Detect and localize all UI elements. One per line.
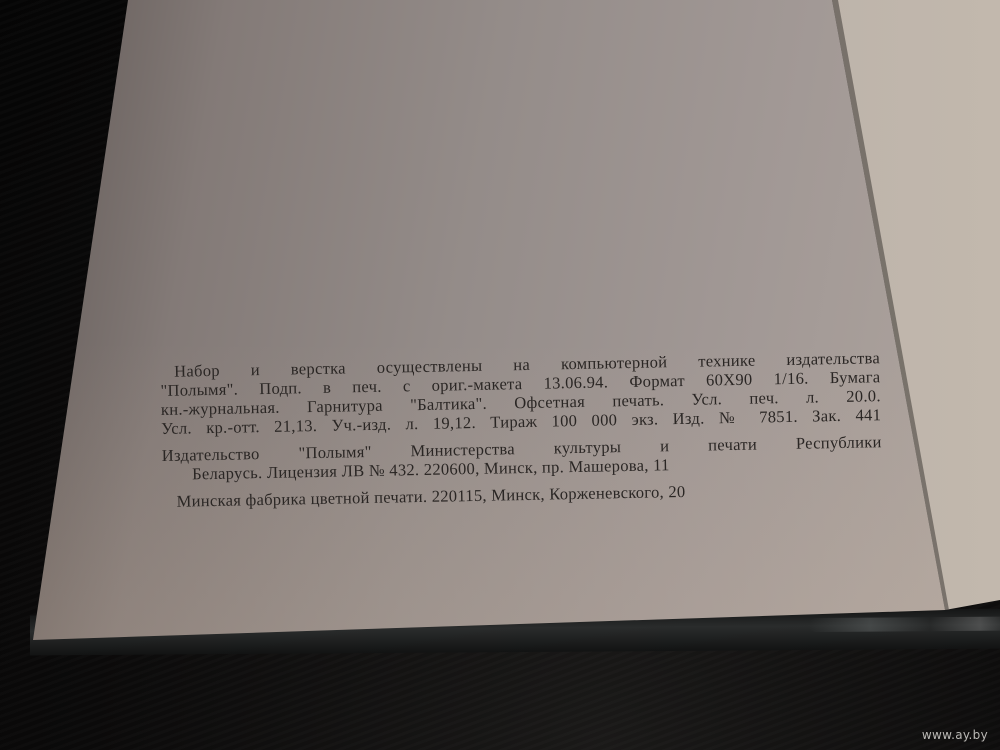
colophon-text: Набор и верстка осуществлены на компьюте… bbox=[160, 348, 883, 519]
printer-info: Минская фабрика цветной печати. 220115, … bbox=[162, 478, 882, 511]
photo-scene: Набор и верстка осуществлены на компьюте… bbox=[0, 0, 1000, 750]
publisher-info: Издательство "Полымя" Министерства культ… bbox=[162, 432, 883, 484]
watermark-text: www.ay.by bbox=[922, 728, 988, 742]
colophon-line: Минская фабрика цветной печати. 220115, … bbox=[162, 478, 882, 511]
typesetting-info: Набор и верстка осуществлены на компьюте… bbox=[160, 348, 881, 438]
